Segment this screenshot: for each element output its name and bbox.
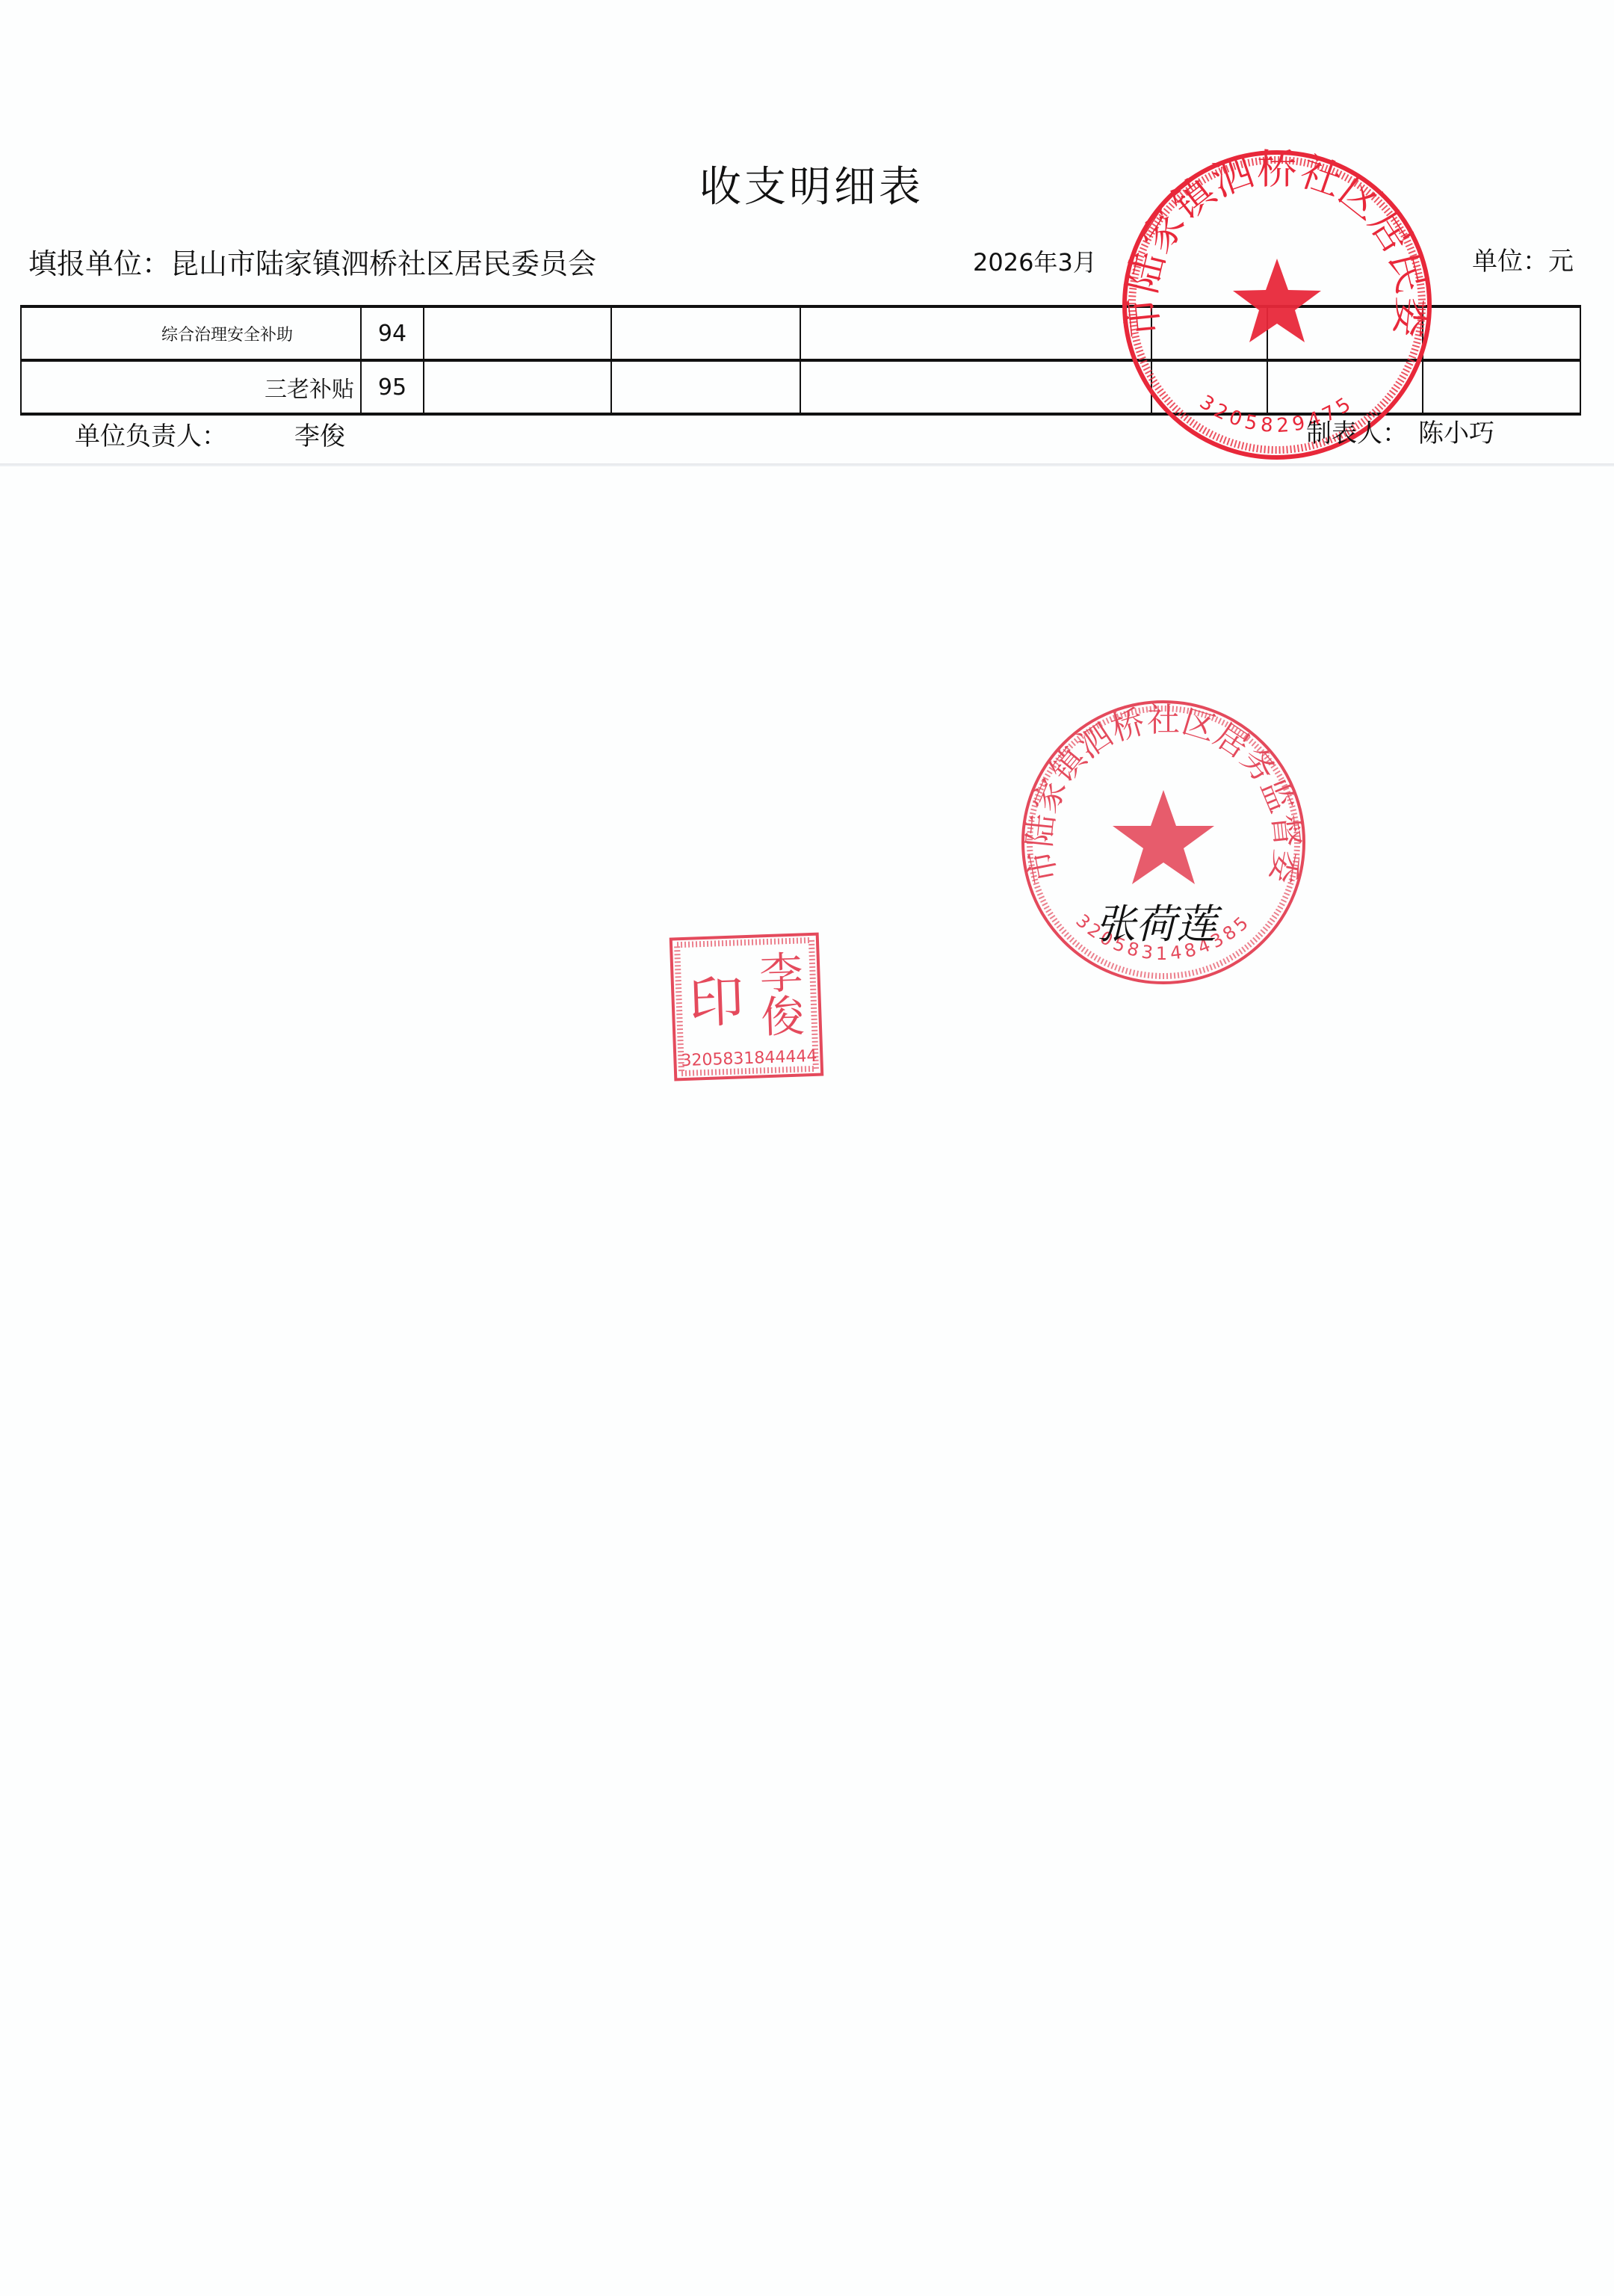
value-cell <box>1423 306 1580 360</box>
value-cell <box>800 306 1151 360</box>
value-cell <box>800 360 1151 414</box>
seal-code: 3205831844444 <box>681 1047 817 1070</box>
value-cell <box>611 306 800 360</box>
item-code: 95 <box>361 360 424 414</box>
preparer: 制表人：陈小巧 <box>1306 413 1494 449</box>
item-code: 94 <box>361 306 424 360</box>
preparer-label: 制表人： <box>1306 419 1408 448</box>
value-cell <box>1423 360 1580 414</box>
unit-head: 单位负责人：李俊 <box>75 416 345 452</box>
signature: 张荷莲 <box>1095 901 1222 948</box>
seal-char-left: 印 <box>687 969 745 1036</box>
value-cell <box>424 360 611 414</box>
item-name: 综合治理安全补助 <box>21 306 361 360</box>
reporting-unit: 填报单位：昆山市陆家镇泗桥社区居民委员会 <box>28 241 596 282</box>
star-icon <box>1233 259 1321 342</box>
seal-chars-right: 李俊 <box>751 949 805 1037</box>
supervisory-committee-seal: 昆山市陆家镇泗桥社区居务监督委员会 3205831484385 张荷莲 <box>1018 697 1309 988</box>
report-period: 2026年3月 <box>973 244 1097 278</box>
personal-seal: 印 李俊 3205831844444 <box>670 932 824 1081</box>
unit-head-label: 单位负责人： <box>75 422 227 451</box>
value-cell <box>611 360 800 414</box>
currency-unit: 单位：元 <box>1472 241 1574 277</box>
preparer-name: 陈小巧 <box>1418 419 1494 448</box>
page-separator <box>0 463 1614 466</box>
value-cell <box>424 306 611 360</box>
unit-head-name: 李俊 <box>294 422 345 451</box>
star-icon <box>1113 790 1214 884</box>
item-name: 三老补贴 <box>21 360 361 414</box>
